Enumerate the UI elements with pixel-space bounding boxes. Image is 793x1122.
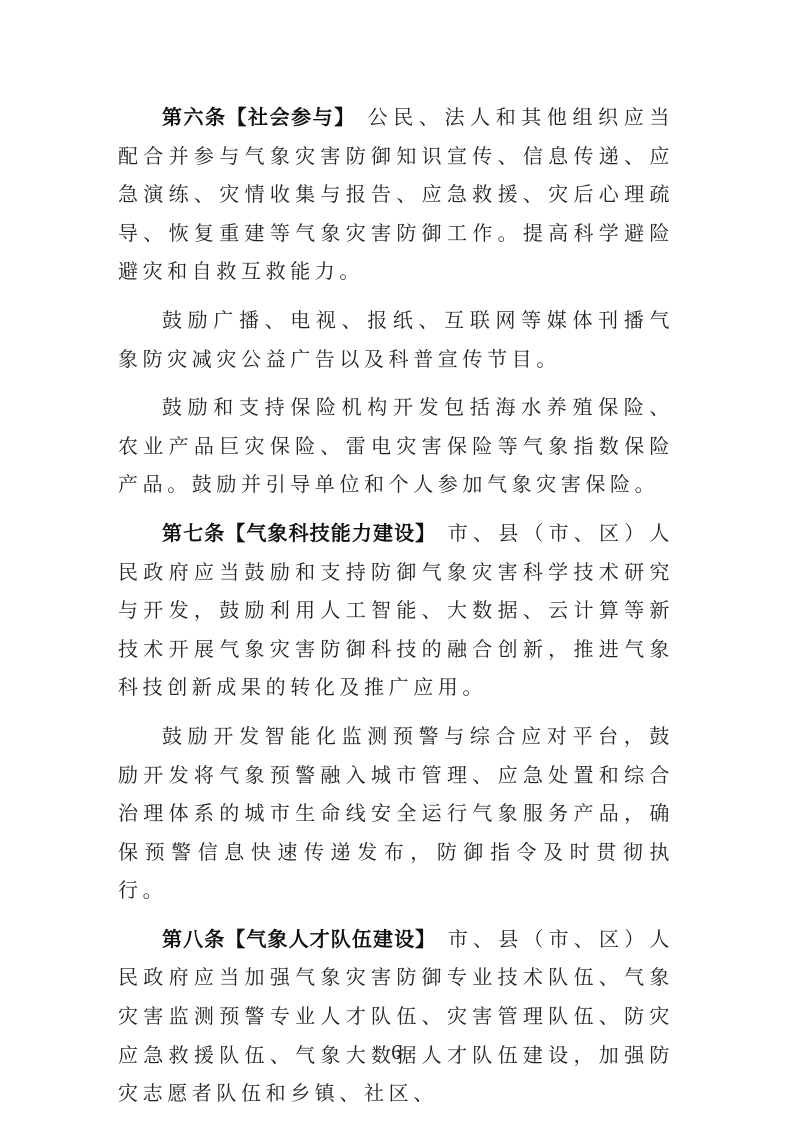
article-7-paragraph: 第七条【气象科技能力建设】 市、县（市、区）人民政府应当鼓励和支持防御气象灾害科… [118,514,674,707]
media-encouragement-text: 鼓励广播、电视、报纸、互联网等媒体刊播气象防灾减灾公益广告以及科普宣传节目。 [118,308,674,371]
insurance-encouragement-paragraph: 鼓励和支持保险机构开发包括海水养殖保险、农业产品巨灾保险、雷电灾害保险等气象指数… [118,388,674,504]
media-encouragement-paragraph: 鼓励广播、电视、报纸、互联网等媒体刊播气象防灾减灾公益广告以及科普宣传节目。 [118,301,674,378]
insurance-encouragement-text: 鼓励和支持保险机构开发包括海水养殖保险、农业产品巨灾保险、雷电灾害保险等气象指数… [118,395,674,496]
article-8-heading: 第八条【气象人才队伍建设】 [162,927,436,951]
platform-encouragement-text: 鼓励开发智能化监测预警与综合应对平台，鼓励开发将气象预警融入城市管理、应急处置和… [118,724,674,902]
article-7-heading: 第七条【气象科技能力建设】 [162,521,436,545]
page-number: 6 [0,1040,793,1065]
document-page: 第六条【社会参与】 公民、法人和其他组织应当配合并参与气象灾害防御知识宣传、信息… [118,98,674,1122]
article-6-heading: 第六条【社会参与】 [162,105,356,129]
article-6-paragraph: 第六条【社会参与】 公民、法人和其他组织应当配合并参与气象灾害防御知识宣传、信息… [118,98,674,291]
article-8-body: 市、县（市、区）人民政府应当加强气象灾害防御专业技术队伍、气象灾害监测预警专业人… [118,927,674,1105]
article-6-body: 公民、法人和其他组织应当配合并参与气象灾害防御知识宣传、信息传递、应急演练、灾情… [118,105,674,283]
article-7-body: 市、县（市、区）人民政府应当鼓励和支持防御气象灾害科学技术研究与开发，鼓励利用人… [118,521,674,699]
platform-encouragement-paragraph: 鼓励开发智能化监测预警与综合应对平台，鼓励开发将气象预警融入城市管理、应急处置和… [118,717,674,910]
article-8-paragraph: 第八条【气象人才队伍建设】 市、县（市、区）人民政府应当加强气象灾害防御专业技术… [118,920,674,1113]
